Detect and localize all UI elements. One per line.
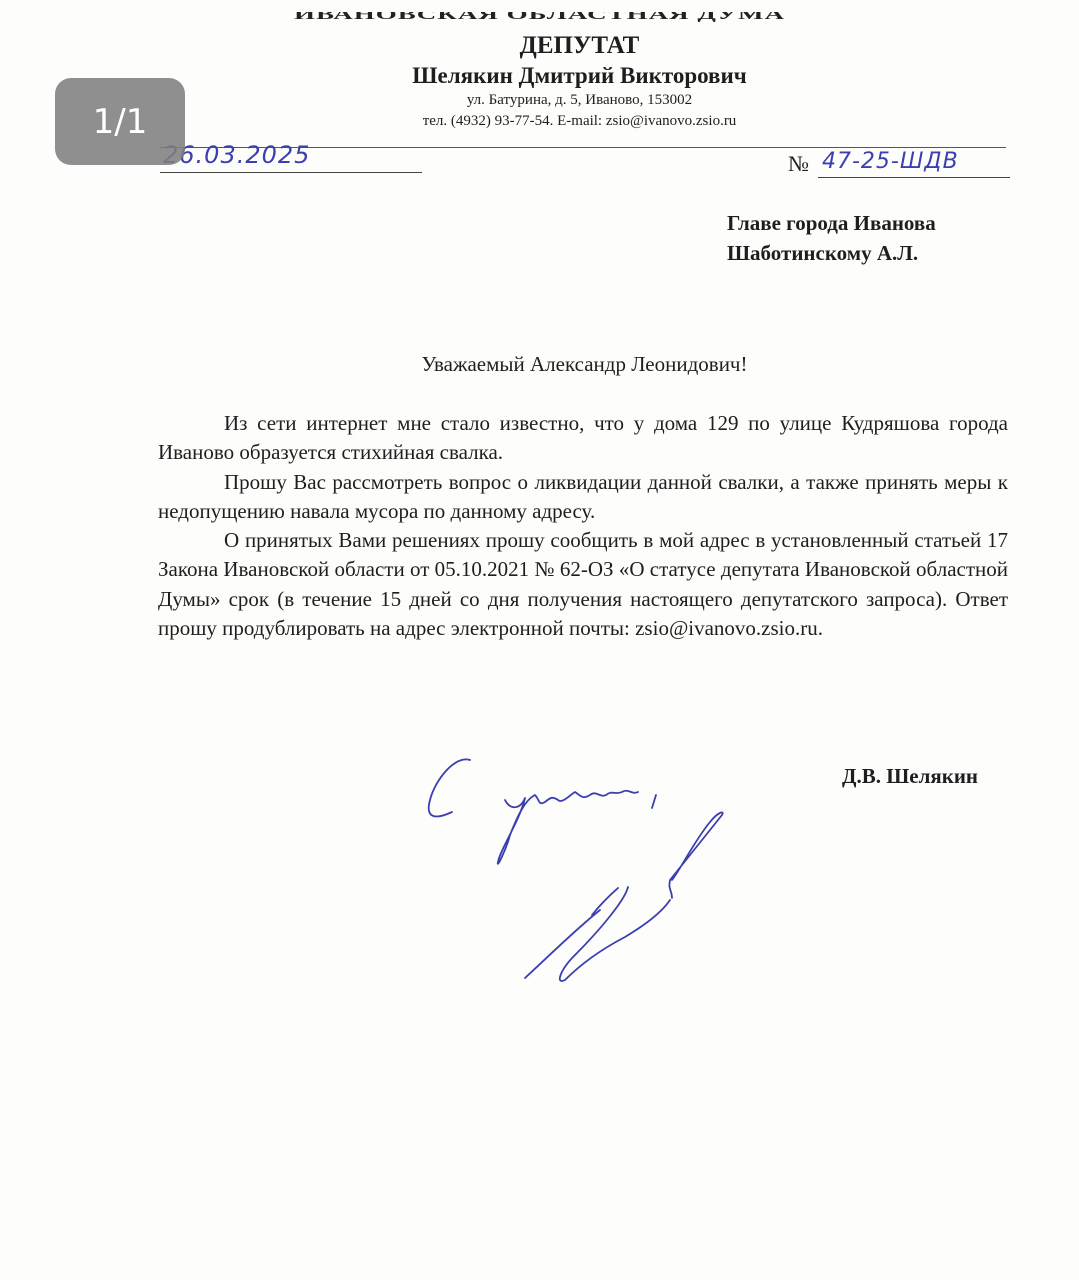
body-paragraph-2: Прошу Вас рассмотреть вопрос о ликвидаци… [158,468,1008,527]
salutation: Уважаемый Александр Леонидович! [0,352,1079,377]
letterhead-contact: тел. (4932) 93-77-54. E-mail: zsio@ivano… [40,113,1079,130]
addressee-line-2: Шаботинскому А.Л. [727,238,936,268]
date-underline [160,172,422,173]
letterhead-organization: ИВАНОВСКАЯ ОБЛАСТНАЯ ДУМА [0,6,1079,23]
letterhead-address: ул. Батурина, д. 5, Иваново, 153002 [40,92,1079,109]
number-underline [818,177,1010,178]
letterhead-title: ДЕПУТАТ [40,32,1079,60]
signatory-name: Д.В. Шелякин [842,764,978,789]
document-page: ИВАНОВСКАЯ ОБЛАСТНАЯ ДУМА ДЕПУТАТ Шеляки… [0,0,1079,1280]
registration-number-label: № [788,151,809,177]
registration-date: 26.03.2025 [163,141,310,169]
letterhead-name: Шелякин Дмитрий Викторович [40,63,1079,89]
page-indicator: 1/1 [55,78,185,165]
addressee-line-1: Главе города Иванова [727,208,936,238]
addressee-block: Главе города Иванова Шаботинскому А.Л. [727,208,936,268]
body-paragraph-3: О принятых Вами решениях прошу сообщить … [158,526,1008,643]
letter-body: Из сети интернет мне стало известно, что… [158,409,1008,643]
registration-number: 47-25-ШДВ [822,149,959,174]
body-paragraph-1: Из сети интернет мне стало известно, что… [158,409,1008,468]
